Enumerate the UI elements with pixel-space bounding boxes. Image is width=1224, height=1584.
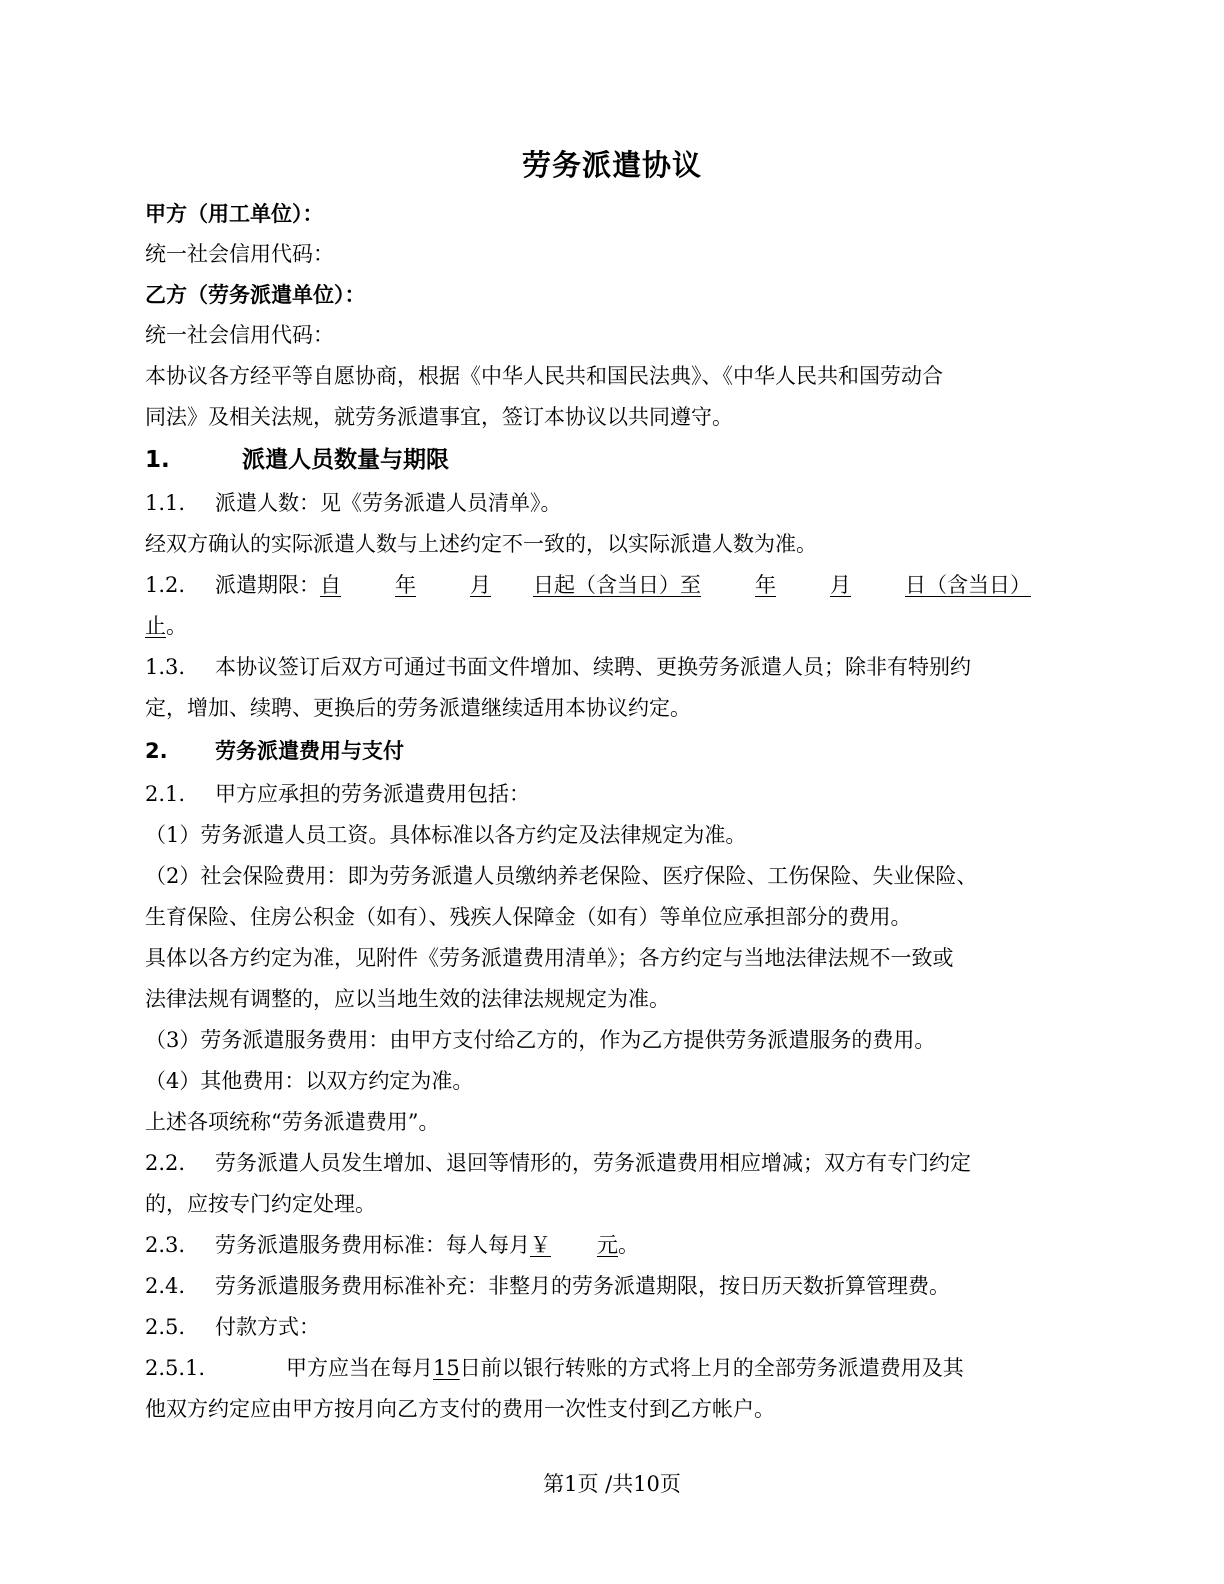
clause-2-2-line-2: 的，应按专门约定处理。 xyxy=(145,1190,376,1218)
party-a-label: 甲方（用工单位）： xyxy=(145,200,324,228)
fee-note-line-1: 具体以各方约定为准，见附件《劳务派遣费用清单》；各方约定与当地法律法规不一致或 xyxy=(145,944,954,972)
clause-1-3: 1.3.本协议签订后双方可通过书面文件增加、续聘、更换劳务派遣人员；除非有特别约 xyxy=(145,653,971,681)
preamble-line-2: 同法》及相关法规，就劳务派遣事宜，签订本协议以共同遵守。 xyxy=(145,403,733,431)
period-end-year: 年 xyxy=(755,573,776,597)
clause-2-5-number: 2.5. xyxy=(145,1313,215,1341)
clause-1-3-number: 1.3. xyxy=(145,653,215,681)
dispatch-period-field[interactable]: 自年月日起（含当日）至年月日（含当日） xyxy=(320,573,1031,597)
section-2-number: 2. xyxy=(145,737,215,765)
clause-2-5-1-line-2: 他双方约定应由甲方按月向乙方支付的费用一次性支付到乙方帐户。 xyxy=(145,1395,775,1423)
period-end-punct: 。 xyxy=(166,614,187,638)
period-start-day: 日起（含当日）至 xyxy=(533,573,701,597)
period-until: 止 xyxy=(145,614,166,638)
clause-2-1: 2.1.甲方应承担的劳务派遣费用包括： xyxy=(145,780,530,808)
clause-2-5-1: 2.5.1.甲方应当在每月15日前以银行转账的方式将上月的全部劳务派遣费用及其 xyxy=(145,1354,964,1382)
section-1-title: 派遣人员数量与期限 xyxy=(242,447,449,473)
period-from: 自 xyxy=(320,573,341,597)
clause-2-5-1-pre: 甲方应当在每月 xyxy=(286,1356,433,1380)
clause-2-2: 2.2.劳务派遣人员发生增加、退回等情形的，劳务派遣费用相应增减；双方有专门约定 xyxy=(145,1149,971,1177)
document-title: 劳务派遣协议 xyxy=(0,143,1224,184)
section-1-number: 1. xyxy=(145,446,242,474)
clause-1-2-continuation: 止。 xyxy=(145,612,187,640)
section-2-title: 劳务派遣费用与支付 xyxy=(215,739,404,763)
party-b-credit-code-label: 统一社会信用代码： xyxy=(145,321,334,349)
fee-item-2-line-2: 生育保险、住房公积金（如有）、残疾人保障金（如有）等单位应承担部分的费用。 xyxy=(145,903,912,931)
fee-item-2-line-1: （2）社会保险费用：即为劳务派遣人员缴纳养老保险、医疗保险、工伤保险、失业保险、 xyxy=(145,862,977,890)
period-end-month: 月 xyxy=(830,573,851,597)
section-2-heading: 2.劳务派遣费用与支付 xyxy=(145,737,404,765)
clause-2-3-number: 2.3. xyxy=(145,1231,215,1259)
clause-2-3-end: 。 xyxy=(618,1233,639,1257)
period-start-month: 月 xyxy=(470,573,491,597)
currency-unit: 元 xyxy=(597,1233,618,1257)
clause-1-3-line-1: 本协议签订后双方可通过书面文件增加、续聘、更换劳务派遣人员；除非有特别约 xyxy=(215,655,971,679)
fee-summary: 上述各项统称“劳务派遣费用”。 xyxy=(145,1108,439,1136)
clause-2-2-number: 2.2. xyxy=(145,1149,215,1177)
preamble-line-1: 本协议各方经平等自愿协商，根据《中华人民共和国民法典》、《中华人民共和国劳动合 xyxy=(145,362,943,390)
document-page: 劳务派遣协议 甲方（用工单位）： 统一社会信用代码： 乙方（劳务派遣单位）： 统… xyxy=(0,0,1224,1584)
clause-2-1-number: 2.1. xyxy=(145,780,215,808)
clause-1-3-line-2: 定，增加、续聘、更换后的劳务派遣继续适用本协议约定。 xyxy=(145,694,691,722)
payment-day-field[interactable]: 15 xyxy=(433,1356,460,1380)
fee-item-1: （1）劳务派遣人员工资。具体标准以各方约定及法律规定为准。 xyxy=(145,821,746,849)
service-fee-field[interactable]: ￥元 xyxy=(530,1233,618,1257)
clause-1-2: 1.2.派遣期限：自年月日起（含当日）至年月日（含当日） xyxy=(145,571,1031,599)
clause-1-2-number: 1.2. xyxy=(145,571,215,599)
currency-symbol: ￥ xyxy=(530,1233,551,1257)
clause-2-5-1-number: 2.5.1. xyxy=(145,1354,286,1382)
clause-2-2-line-1: 劳务派遣人员发生增加、退回等情形的，劳务派遣费用相应增减；双方有专门约定 xyxy=(215,1151,971,1175)
clause-2-3-label: 劳务派遣服务费用标准：每人每月 xyxy=(215,1233,530,1257)
clause-2-5: 2.5.付款方式： xyxy=(145,1313,320,1341)
fee-note-line-2: 法律法规有调整的，应以当地生效的法律法规规定为准。 xyxy=(145,985,670,1013)
party-b-label: 乙方（劳务派遣单位）： xyxy=(145,281,366,309)
fee-item-3: （3）劳务派遣服务费用：由甲方支付给乙方的，作为乙方提供劳务派遣服务的费用。 xyxy=(145,1026,935,1054)
clause-1-2-label: 派遣期限： xyxy=(215,573,320,597)
clause-2-4-number: 2.4. xyxy=(145,1272,215,1300)
clause-2-1-text: 甲方应承担的劳务派遣费用包括： xyxy=(215,782,530,806)
period-end-day: 日（含当日） xyxy=(905,573,1031,597)
party-a-credit-code-label: 统一社会信用代码： xyxy=(145,240,334,268)
page-number: 第1页 /共10页 xyxy=(0,1468,1224,1498)
clause-2-3: 2.3.劳务派遣服务费用标准：每人每月￥元。 xyxy=(145,1231,639,1259)
section-1-heading: 1.派遣人员数量与期限 xyxy=(145,446,449,474)
clause-2-4-text: 劳务派遣服务费用标准补充：非整月的劳务派遣期限，按日历天数折算管理费。 xyxy=(215,1274,950,1298)
clause-2-4: 2.4.劳务派遣服务费用标准补充：非整月的劳务派遣期限，按日历天数折算管理费。 xyxy=(145,1272,950,1300)
clause-1-1-text: 派遣人数：见《劳务派遣人员清单》。 xyxy=(215,491,562,515)
clause-1-1-number: 1.1. xyxy=(145,489,215,517)
clause-2-5-1-post: 日前以银行转账的方式将上月的全部劳务派遣费用及其 xyxy=(460,1356,964,1380)
fee-item-4: （4）其他费用：以双方约定为准。 xyxy=(145,1067,473,1095)
clause-1-1: 1.1.派遣人数：见《劳务派遣人员清单》。 xyxy=(145,489,562,517)
clause-1-1-note: 经双方确认的实际派遣人数与上述约定不一致的，以实际派遣人数为准。 xyxy=(145,530,817,558)
period-start-year: 年 xyxy=(395,573,416,597)
clause-2-5-text: 付款方式： xyxy=(215,1315,320,1339)
